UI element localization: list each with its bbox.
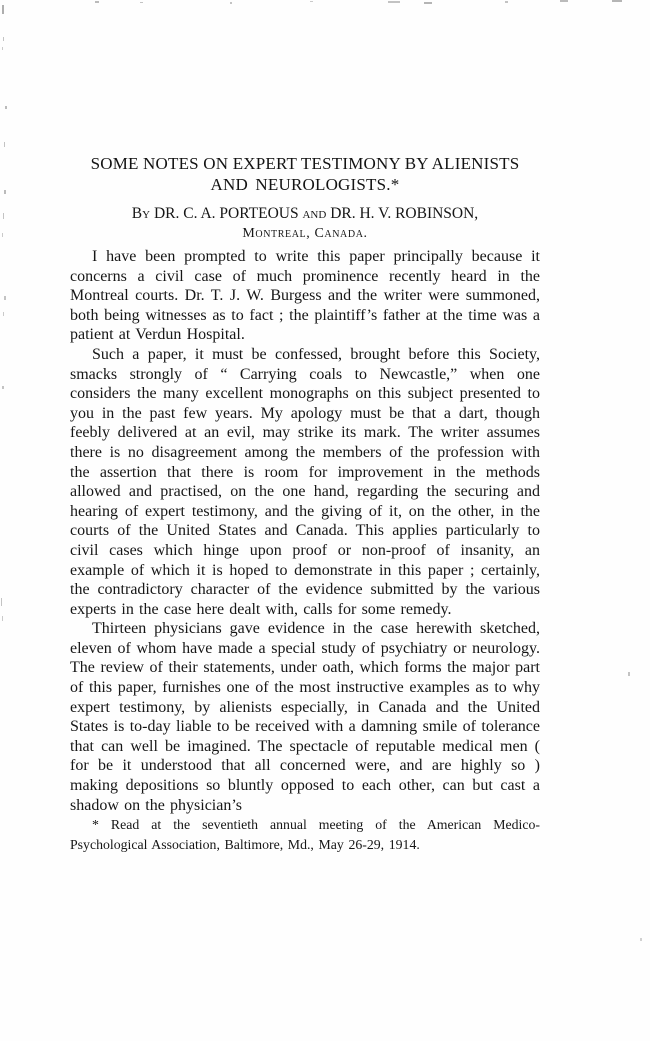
scan-artifact bbox=[628, 672, 630, 676]
footnote: * Read at the seventieth annual meeting … bbox=[70, 815, 540, 855]
scan-artifact bbox=[505, 1, 508, 3]
scanned-paper-page: SOME NOTES ON EXPERT TESTIMONY BY ALIENI… bbox=[0, 0, 650, 1041]
scan-artifact bbox=[230, 2, 232, 4]
article-title-line1: SOME NOTES ON EXPERT TESTIMONY BY ALIENI… bbox=[70, 153, 540, 174]
scan-artifact bbox=[2, 616, 3, 621]
byline-by: By bbox=[132, 205, 150, 222]
scan-artifact bbox=[560, 0, 568, 2]
scan-artifact bbox=[2, 233, 3, 237]
byline-conjunction: and bbox=[302, 205, 326, 222]
scan-artifact bbox=[2, 386, 4, 389]
scan-artifact bbox=[140, 2, 143, 3]
scan-artifact bbox=[5, 106, 7, 109]
scan-artifact bbox=[4, 296, 6, 300]
scan-artifact bbox=[3, 312, 4, 316]
article-title: SOME NOTES ON EXPERT TESTIMONY BY ALIENI… bbox=[70, 153, 540, 195]
paragraph-1: I have been prompted to write this paper… bbox=[70, 247, 540, 345]
scan-artifact bbox=[424, 2, 432, 4]
scan-artifact bbox=[4, 142, 5, 147]
article-body: I have been prompted to write this paper… bbox=[70, 247, 540, 855]
byline: By DR. C. A. PORTEOUS and DR. H. V. ROBI… bbox=[70, 205, 540, 223]
scan-artifact bbox=[612, 0, 622, 2]
scan-artifact bbox=[4, 190, 6, 194]
article-title-line2: AND NEUROLOGISTS.* bbox=[70, 174, 540, 195]
byline-author1: DR. C. A. PORTEOUS bbox=[154, 205, 299, 222]
scan-artifact bbox=[2, 5, 4, 14]
scan-artifact bbox=[3, 213, 4, 219]
paragraph-3: Thirteen physicians gave evidence in the… bbox=[70, 619, 540, 815]
byline-location: Montreal, Canada. bbox=[70, 226, 540, 242]
scan-artifact bbox=[640, 938, 642, 941]
scan-artifact bbox=[1, 598, 2, 606]
scan-artifact bbox=[3, 37, 4, 41]
scan-artifact bbox=[2, 47, 3, 50]
scan-artifact bbox=[388, 1, 400, 3]
byline-author2: DR. H. V. ROBINSON, bbox=[330, 205, 478, 222]
scan-artifact bbox=[95, 1, 99, 3]
paragraph-2: Such a paper, it must be confessed, brou… bbox=[70, 345, 540, 619]
scan-artifact bbox=[310, 1, 313, 2]
page-content: SOME NOTES ON EXPERT TESTIMONY BY ALIENI… bbox=[70, 153, 540, 855]
